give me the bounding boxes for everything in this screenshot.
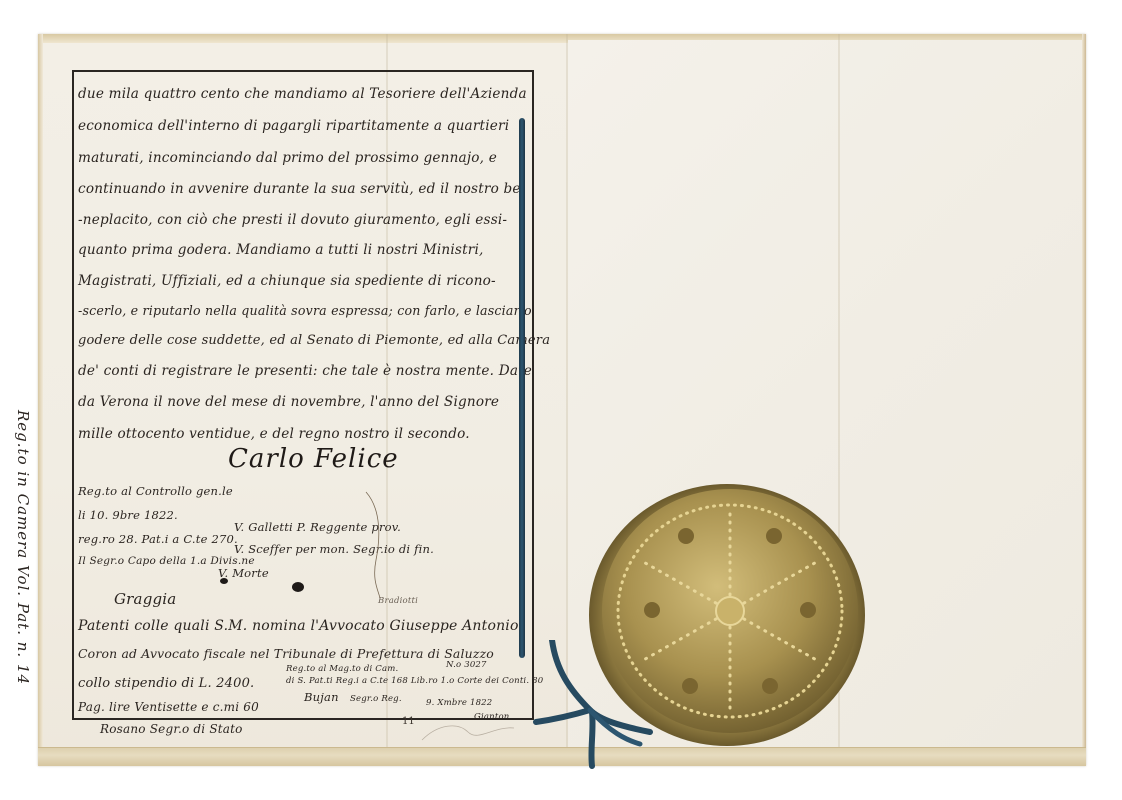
body-line: de' conti di registrare le presenti: che…: [78, 363, 532, 379]
body-line: Magistrati, Uffiziali, ed a chiunque sia…: [78, 273, 496, 289]
pen-flourish-line: [358, 490, 388, 600]
body-line: maturati, incominciando dal primo del pr…: [78, 150, 497, 166]
summary-line: collo stipendio di L. 2400.: [78, 676, 254, 691]
registry-date: 9. Xmbre 1822: [426, 698, 492, 708]
registry-annotation: Reg.to al Mag.to di Cam.: [286, 664, 398, 674]
fee-line: Pag. lire Ventisette e c.mi 60: [78, 700, 259, 714]
registration-signature: Graggia: [114, 590, 176, 608]
body-line: da Verona il nove del mese di novembre, …: [78, 394, 499, 410]
vertical-margin-note: Reg.to in Camera Vol. Pat. n. 14: [14, 410, 32, 685]
faint-flourish: [418, 718, 518, 748]
body-line: -scerlo, e riputarlo nella qualità sovra…: [78, 303, 532, 318]
registry-role: Segr.o Reg.: [350, 694, 402, 704]
summary-line: Patenti colle quali S.M. nomina l'Avvoca…: [78, 618, 519, 634]
body-line: continuando in avvenire durante la sua s…: [78, 181, 525, 197]
registration-line: Reg.to al Controllo gen.le: [78, 484, 233, 498]
paper-right-edge: [1082, 34, 1086, 766]
body-line: godere delle cose suddette, ed al Senato…: [78, 333, 550, 348]
registry-annotation: di S. Pat.ti Reg.i a C.te 168 Lib.ro 1.o…: [286, 676, 543, 686]
body-line: mille ottocento ventidue, e del regno no…: [78, 426, 470, 442]
countersignature: V. Sceffer per mon. Segr.io di fin.: [234, 542, 434, 556]
royal-signature: Carlo Felice: [228, 444, 399, 474]
brass-seal: [586, 478, 868, 748]
body-line: due mila quattro cento che mandiamo al T…: [78, 86, 527, 102]
ink-blot: [292, 582, 304, 592]
ink-blot: [220, 578, 228, 584]
registration-line: li 10. 9bre 1822.: [78, 508, 178, 522]
body-line: quanto prima godera. Mandiamo a tutti li…: [78, 242, 484, 258]
body-line: economica dell'interno di pagargli ripar…: [78, 118, 509, 134]
page-number: 11: [402, 716, 415, 727]
paper-left-edge: [38, 34, 43, 766]
registration-line: reg.ro 28. Pat.i a C.te 270.: [78, 532, 238, 546]
registry-number: N.o 3027: [446, 660, 487, 670]
registry-signature: Bujan: [304, 690, 339, 704]
blue-cord: [519, 118, 525, 658]
secretary-line: Rosano Segr.o di Stato: [100, 722, 243, 736]
summary-line: Coron ad Avvocato fiscale nel Tribunale …: [78, 646, 494, 661]
body-line: -neplacito, con ciò che presti il dovuto…: [78, 212, 507, 228]
